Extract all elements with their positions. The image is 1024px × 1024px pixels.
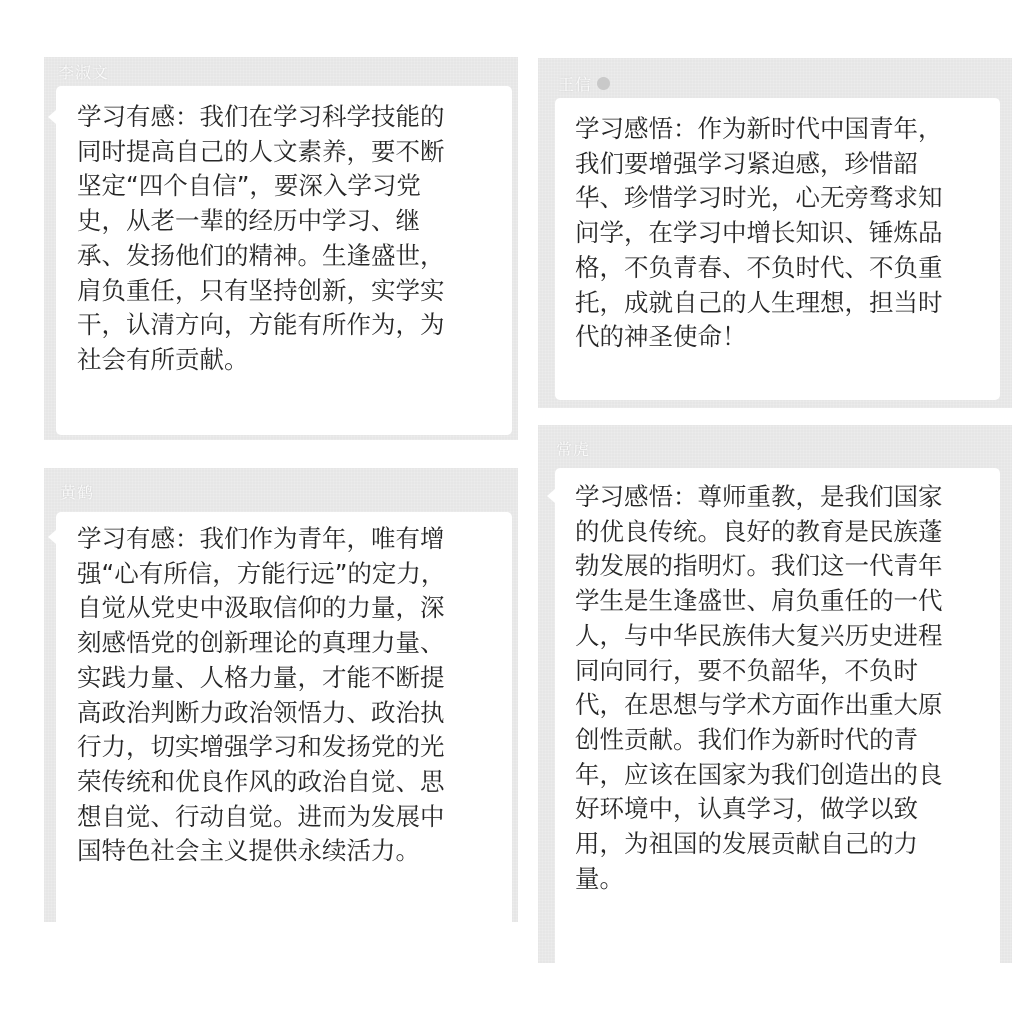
message-line: 学习感悟：作为新时代中国青年， bbox=[575, 112, 982, 147]
chat-screenshot-panel: 黄鹤 学习有感：我们作为青年，唯有增 强“心有所信，方能行远”的定力， 自觉从党… bbox=[44, 468, 518, 922]
message-line: 格，不负青春、不负时代、不负重 bbox=[575, 251, 982, 286]
message-bubble[interactable]: 学习有感：我们在学习科学技能的 同时提高自己的人文素养，要不断 坚定“四个自信”… bbox=[56, 86, 512, 435]
message-line: 高政治判断力政治领悟力、政治执 bbox=[77, 696, 494, 731]
message-line: 我们要增强学习紧迫感，珍惜韶 bbox=[575, 147, 982, 182]
message-line: 托，成就自己的人生理想，担当时 bbox=[575, 286, 982, 321]
message-line: 量。 bbox=[575, 862, 982, 897]
message-line: 华、珍惜学习时光，心无旁骛求知 bbox=[575, 181, 982, 216]
message-line: 承、发扬他们的精神。生逢盛世， bbox=[77, 239, 494, 274]
sad-face-emoji-icon bbox=[597, 77, 610, 90]
message-line: 国特色社会主义提供永续活力。 bbox=[77, 834, 494, 869]
message-bubble[interactable]: 学习感悟：作为新时代中国青年， 我们要增强学习紧迫感，珍惜韶 华、珍惜学习时光，… bbox=[555, 98, 1000, 400]
message-line: 问学，在学习中增长知识、锤炼品 bbox=[575, 216, 982, 251]
sender-name: 王信 bbox=[558, 72, 610, 95]
bubble-tail bbox=[48, 110, 56, 124]
message-line: 创性贡献。我们作为新时代的青 bbox=[575, 723, 982, 758]
message-bubble[interactable]: 学习感悟：尊师重教，是我们国家 的优良传统。良好的教育是民族蓬 勃发展的指明灯。… bbox=[555, 468, 1000, 963]
bubble-tail bbox=[48, 530, 56, 544]
message-line: 学习有感：我们在学习科学技能的 bbox=[77, 100, 494, 135]
message-line: 学习有感：我们作为青年，唯有增 bbox=[77, 522, 494, 557]
chat-screenshot-panel: 王信 学习感悟：作为新时代中国青年， 我们要增强学习紧迫感，珍惜韶 华、珍惜学习… bbox=[538, 58, 1012, 408]
sender-name: 黄鹤 bbox=[60, 480, 94, 503]
bubble-tail bbox=[547, 489, 555, 503]
message-line: 社会有所贡献。 bbox=[77, 343, 494, 378]
message-line: 肩负重任，只有坚持创新，实学实 bbox=[77, 274, 494, 309]
message-line: 刻感悟党的创新理论的真理力量、 bbox=[77, 626, 494, 661]
message-line: 荣传统和优良作风的政治自觉、思 bbox=[77, 765, 494, 800]
message-line: 人，与中华民族伟大复兴历史进程 bbox=[575, 619, 982, 654]
message-line: 自觉从党史中汲取信仰的力量，深 bbox=[77, 591, 494, 626]
message-line: 干，认清方向，方能有所作为，为 bbox=[77, 308, 494, 343]
message-line: 同时提高自己的人文素养，要不断 bbox=[77, 135, 494, 170]
message-line: 学习感悟：尊师重教，是我们国家 bbox=[575, 480, 982, 515]
message-line: 好环境中，认真学习，做学以致 bbox=[575, 792, 982, 827]
message-line: 想自觉、行动自觉。进而为发展中 bbox=[77, 800, 494, 835]
message-line: 坚定“四个自信”，要深入学习党 bbox=[77, 169, 494, 204]
message-line: 实践力量、人格力量，才能不断提 bbox=[77, 661, 494, 696]
chat-screenshot-panel: 李淑文 学习有感：我们在学习科学技能的 同时提高自己的人文素养，要不断 坚定“四… bbox=[44, 57, 518, 440]
message-line: 勃发展的指明灯。我们这一代青年 bbox=[575, 549, 982, 584]
message-line: 同向同行，要不负韶华，不负时 bbox=[575, 654, 982, 689]
message-line: 年，应该在国家为我们创造出的良 bbox=[575, 758, 982, 793]
sender-name: 常虎 bbox=[556, 437, 590, 460]
sender-name-text: 王信 bbox=[558, 75, 592, 94]
message-line: 代，在思想与学术方面作出重大原 bbox=[575, 688, 982, 723]
message-line: 用，为祖国的发展贡献自己的力 bbox=[575, 827, 982, 862]
message-bubble[interactable]: 学习有感：我们作为青年，唯有增 强“心有所信，方能行远”的定力， 自觉从党史中汲… bbox=[56, 512, 512, 922]
message-line: 代的神圣使命！ bbox=[575, 320, 982, 355]
message-line: 学生是生逢盛世、肩负重任的一代 bbox=[575, 584, 982, 619]
message-line: 强“心有所信，方能行远”的定力， bbox=[77, 557, 494, 592]
message-line: 行力，切实增强学习和发扬党的光 bbox=[77, 730, 494, 765]
message-line: 史，从老一辈的经历中学习、继 bbox=[77, 204, 494, 239]
message-line: 的优良传统。良好的教育是民族蓬 bbox=[575, 515, 982, 550]
chat-screenshot-panel: 常虎 学习感悟：尊师重教，是我们国家 的优良传统。良好的教育是民族蓬 勃发展的指… bbox=[538, 425, 1012, 963]
sender-name: 李淑文 bbox=[58, 60, 109, 83]
